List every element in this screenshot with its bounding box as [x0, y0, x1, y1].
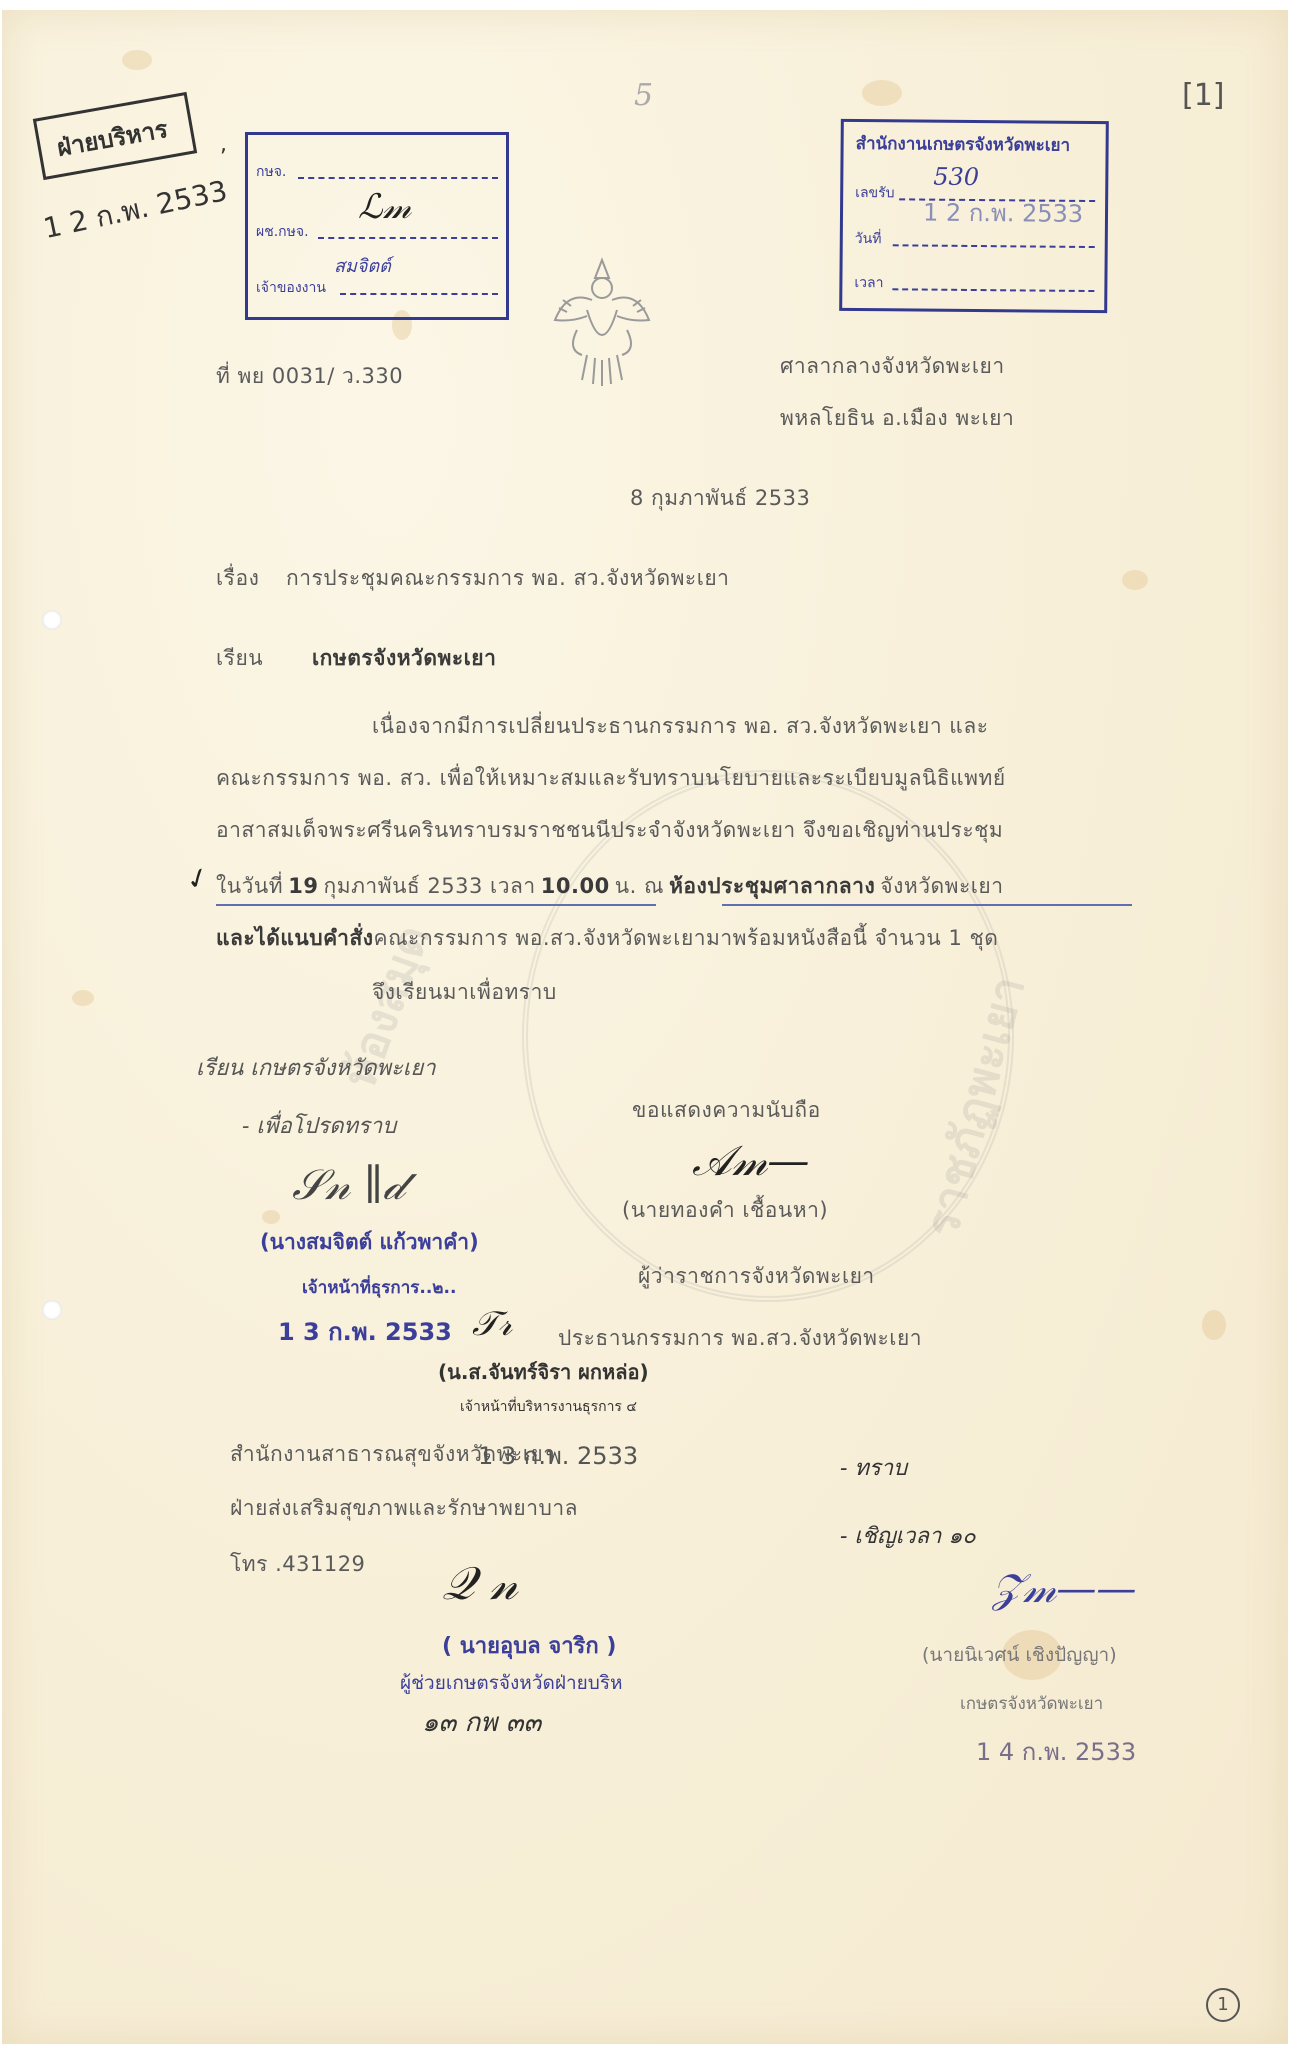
subject-label: เรื่อง [216, 562, 259, 595]
receipt-number-value: 530 [933, 163, 979, 191]
body-line-3: อาสาสมเด็จพระศรีนครินทราบรมราชชนนีประจำจ… [216, 814, 1003, 847]
officer-name: (น.ส.จันทร์จิรา ผกหล่อ) [438, 1356, 649, 1388]
assistant-signature: 𝒬 𝓃 [442, 1556, 518, 1612]
director-title: เกษตรจังหวัดพะเยา [960, 1690, 1103, 1717]
routing-signature: ℒ𝓂 [358, 187, 411, 227]
routing-row1-label: กษจ. [256, 161, 286, 183]
body-line-4: ในวันที่ 19 กุมภาพันธ์ 2533 เวลา 10.00 น… [216, 870, 1004, 903]
routing-stamp-box: กษจ. ผช.กษจ. ℒ𝓂 เจ้าของงาน สมจิตต์ [245, 132, 509, 320]
underline-date [216, 904, 656, 906]
director-signature: 𝒵𝓂—— [992, 1566, 1136, 1612]
body-line-5: และได้แนบคำสั่งคณะกรรมการ พอ.สว.จังหวัดพ… [216, 922, 998, 955]
subject-text: การประชุมคณะกรรมการ พอ. สว.จังหวัดพะเยา [286, 562, 729, 595]
handwritten-note-invite: - เชิญเวลา ๑๐ [840, 1518, 976, 1553]
clerk-name: (นางสมจิตต์ แก้วพาคำ) [260, 1226, 479, 1259]
reference-number: ที่ พย 0031/ ว.330 [216, 360, 403, 393]
punch-hole [42, 610, 62, 630]
receipt-date-value: 1 2 ก.พ. 2533 [923, 193, 1083, 233]
routing-owner-handwritten: สมจิตต์ [334, 251, 391, 280]
regards-text: ขอแสดงความนับถือ [632, 1094, 821, 1127]
letter-date: 8 กุมภาพันธ์ 2533 [630, 482, 810, 515]
body-line-2: คณะกรรมการ พอ. สว. เพื่อให้เหมาะสมและรับ… [216, 762, 1006, 795]
officer-date-stamp: 1 3 ก.พ. 2533 [478, 1436, 638, 1475]
underline-place [722, 904, 1132, 906]
admin-stamp-label: ฝ่ายบริหาร [54, 109, 171, 167]
page-bracket-number: [1] [1182, 78, 1225, 113]
sender-address-line2: พหลโยธิน อ.เมือง พะเยา [780, 402, 1014, 435]
to-recipient: เกษตรจังหวัดพะเยา [312, 642, 496, 675]
signer-name: (นายทองคำ เชื้อนหา) [622, 1194, 828, 1227]
closing-text: จึงเรียนมาเพื่อทราบ [372, 976, 557, 1009]
pencil-mark-top: 5 [634, 78, 653, 113]
signer-title-1: ผู้ว่าราชการจังหวัดพะเยา [638, 1260, 875, 1293]
officer-signature: 𝒯𝓇 [472, 1304, 512, 1344]
clerk-title: เจ้าหน้าที่ธุรการ..๒.. [302, 1274, 456, 1301]
routing-row2-label: ผช.กษจ. [256, 221, 309, 243]
meeting-place: ห้องประชุมศาลากลาง [669, 874, 875, 898]
meeting-time: 10.00 [541, 874, 610, 898]
page-circled-number: 1 [1206, 1988, 1240, 2022]
assistant-name: ( นายอุบล จาริก ) [442, 1628, 616, 1663]
receipt-time-label: เวลา [854, 272, 883, 294]
handwritten-note-2: - เพื่อโปรดทราบ [242, 1108, 396, 1143]
admin-stamp-date: 1 2 ก.พ. 2533 [39, 169, 231, 251]
meeting-day: 19 [288, 874, 318, 898]
document-page: ห้องสมุด ราชภัฏพะเยา 5 [1] 1 ฝ่ายบริหาร … [2, 10, 1288, 2044]
director-date-stamp: 1 4 ก.พ. 2533 [976, 1732, 1136, 1771]
garuda-emblem-icon [547, 250, 657, 390]
handwritten-note-acknowledge: - ทราบ [840, 1450, 907, 1485]
receipt-number-label: เลขรับ [855, 182, 895, 204]
admin-stamp-box: ฝ่ายบริหาร [33, 92, 197, 180]
to-label: เรียน [216, 642, 263, 675]
check-mark: ✓ [181, 859, 214, 898]
dept-line-2: ฝ่ายส่งเสริมสุขภาพและรักษาพยาบาล [230, 1492, 578, 1525]
sender-address-line1: ศาลากลางจังหวัดพะเยา [780, 350, 1005, 383]
routing-row3-label: เจ้าของงาน [256, 277, 326, 299]
body-line-1: เนื่องจากมีการเปลี่ยนประธานกรรมการ พอ. ส… [372, 710, 988, 743]
comma-mark: , [220, 132, 227, 157]
receipt-stamp-title: สำนักงานเกษตรจังหวัดพะเยา [856, 130, 1071, 159]
officer-title: เจ้าหน้าที่บริหารงานธุรการ ๔ [460, 1396, 637, 1418]
director-name: (นายนิเวศน์ เชิงปัญญา) [922, 1640, 1117, 1670]
phone-number: โทร .431129 [230, 1548, 365, 1581]
clerk-signature: 𝒮𝓃 ∥𝒹 [292, 1160, 404, 1210]
governor-signature: 𝒜𝓂— [692, 1136, 809, 1186]
handwritten-note-1: เรียน เกษตรจังหวัดพะเยา [196, 1050, 436, 1085]
punch-hole [42, 1300, 62, 1320]
assistant-date-handwritten: ๑๓ กพ ๓๓ [422, 1702, 541, 1743]
clerk-date-stamp: 1 3 ก.พ. 2533 [278, 1312, 452, 1351]
receipt-stamp-box: สำนักงานเกษตรจังหวัดพะเยา เลขรับ 530 1 2… [839, 119, 1109, 313]
signer-title-2: ประธานกรรมการ พอ.สว.จังหวัดพะเยา [558, 1322, 922, 1355]
assistant-title: ผู้ช่วยเกษตรจังหวัดฝ่ายบริห [400, 1668, 623, 1698]
receipt-date-label: วันที่ [855, 228, 882, 250]
